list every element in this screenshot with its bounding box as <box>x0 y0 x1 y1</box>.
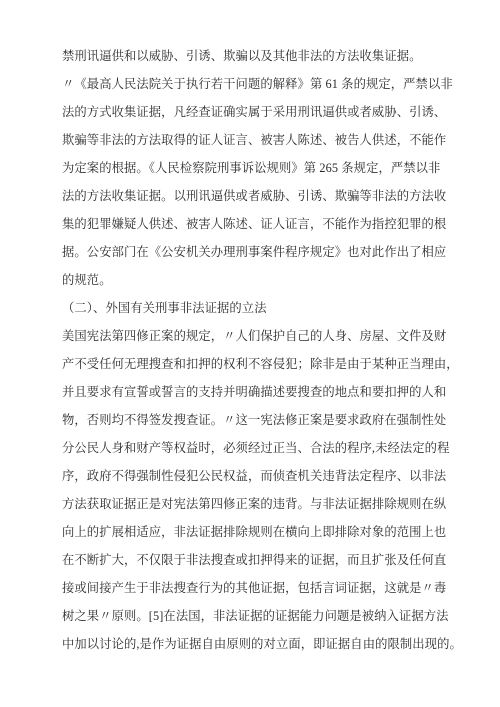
text-line: 美国宪法第四修正案的规定，〃人们保护自己的人身、房屋、文件及财 <box>62 322 466 350</box>
text-line: 物，否则均不得签发搜查证。〃这一宪法修正案是要求政府在强制性处 <box>62 406 466 434</box>
text-line: 据。公安部门在《公安机关办理刑事案件程序规定》也对此作出了相应 <box>62 238 466 266</box>
text-line: 禁刑讯逼供和以威胁、引诱、欺骗以及其他非法的方法收集证据。 <box>62 42 466 70</box>
text-line: 〃《最高人民法院关于执行若干问题的解释》第 61 条的规定，严禁以非 <box>62 70 466 98</box>
text-line: 为定案的根据。《人民检察院刑事诉讼规则》第 265 条规定，严禁以非 <box>62 154 466 182</box>
text-line: 并且要求有宣誓或誓言的支持并明确描述要搜查的地点和要扣押的人和 <box>62 378 466 406</box>
text-line: 欺骗等非法的方法取得的证人证言、被害人陈述、被告人供述，不能作 <box>62 126 466 154</box>
text-line: 方法获取证据正是对宪法第四修正案的违背。与非法证据排除规则在纵 <box>62 490 466 518</box>
document-page: 禁刑讯逼供和以威胁、引诱、欺骗以及其他非法的方法收集证据。〃《最高人民法院关于执… <box>0 0 500 707</box>
text-line: 在不断扩大，不仅限于非法搜查或扣押得来的证据，而且扩张及任何直 <box>62 546 466 574</box>
section-heading: （二）、外国有关刑事非法证据的立法 <box>62 294 466 322</box>
text-line: 接或间接产生于非法搜查行为的其他证据，包括言词证据，这就是〃毒 <box>62 574 466 602</box>
text-line: 中加以讨论的,是作为证据自由原则的对立面，即证据自由的限制出现的。 <box>62 630 466 658</box>
text-line: 集的犯罪嫌疑人供述、被害人陈述、证人证言，不能作为指控犯罪的根 <box>62 210 466 238</box>
text-line: 的规范。 <box>62 266 466 294</box>
document-body: 禁刑讯逼供和以威胁、引诱、欺骗以及其他非法的方法收集证据。〃《最高人民法院关于执… <box>62 42 466 658</box>
text-line: 序，政府不得强制性侵犯公民权益，而侦查机关违背法定程序、以非法 <box>62 462 466 490</box>
text-line: 法的方式收集证据，凡经查证确实属于采用刑讯逼供或者威胁、引诱、 <box>62 98 466 126</box>
text-line: 产不受任何无理搜查和扣押的权利不容侵犯；除非是由于某种正当理由， <box>62 350 466 378</box>
text-line: 法的方法收集证据。以刑讯逼供或者威胁、引诱、欺骗等非法的方法收 <box>62 182 466 210</box>
text-line: 向上的扩展相适应，非法证据排除规则在横向上即排除对象的范围上也 <box>62 518 466 546</box>
text-line: 树之果〃原则。[5]在法国，非法证据的证据能力问题是被纳入证据方法 <box>62 602 466 630</box>
text-line: 分公民人身和财产等权益时，必须经过正当、合法的程序,未经法定的程 <box>62 434 466 462</box>
